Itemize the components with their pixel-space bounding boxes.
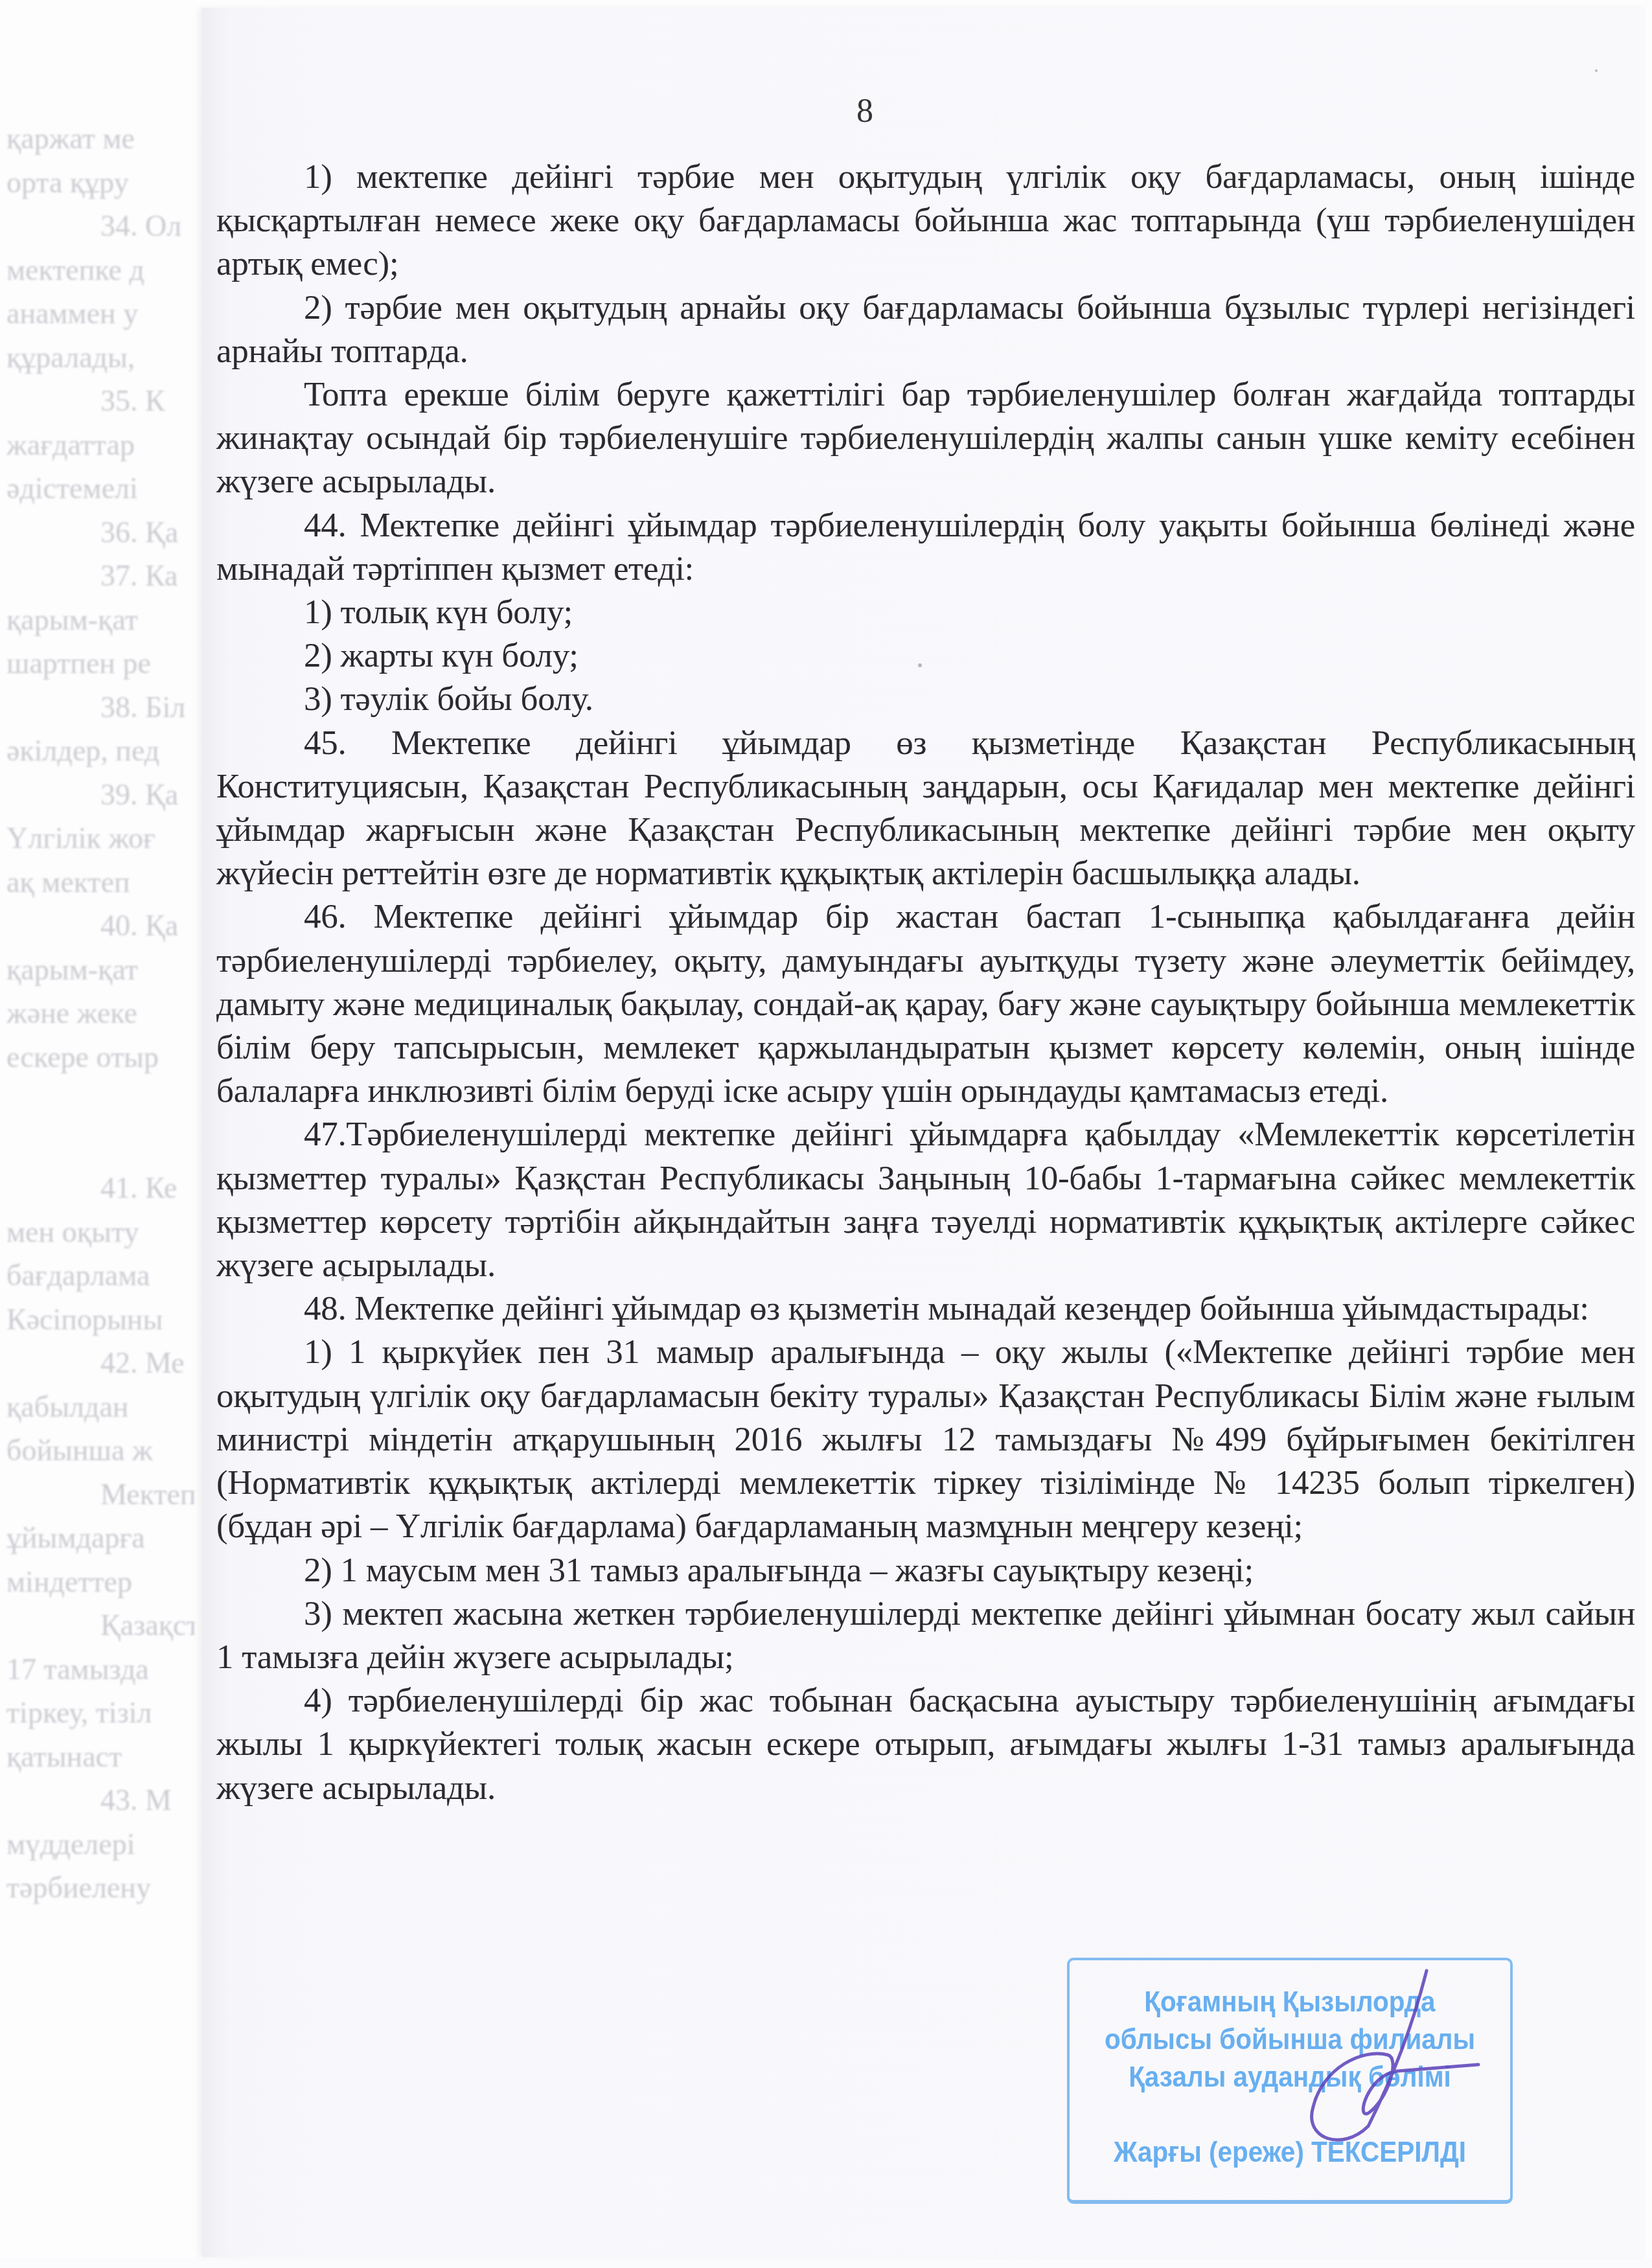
bleed-line: қатынаст <box>6 1735 194 1779</box>
paragraph: 48. Мектепке дейінгі ұйымдар өз қызметін… <box>216 1287 1635 1331</box>
paragraph: 46. Мектепке дейінгі ұйымдар бір жастан … <box>216 895 1635 1113</box>
paragraph: Топта ерекше білім беруге қажеттілігі ба… <box>216 373 1635 504</box>
bleed-line: 35. К <box>6 379 194 423</box>
bleed-line: Үлгілік жоғ <box>6 816 194 860</box>
bleed-line: 39. Қа <box>6 773 194 817</box>
bleed-line: 38. Біл <box>6 685 194 729</box>
bleed-line: міндеттер <box>6 1560 194 1604</box>
signature-icon <box>1174 1945 1498 2159</box>
bleed-line: әдістемелі <box>6 466 194 510</box>
bleed-line <box>6 1123 194 1167</box>
bleed-line: қабылдан <box>6 1385 194 1429</box>
adjacent-page-bleed-through: қаржат ме орта құру 34. Ол мектепке д ан… <box>6 117 194 2125</box>
paragraph: 1) мектепке дейінгі тәрбие мен оқытудың … <box>216 155 1635 286</box>
paragraph: 45. Мектепке дейінгі ұйымдар өз қызметін… <box>216 722 1635 896</box>
bleed-line: мүдделері <box>6 1822 194 1866</box>
bleed-line: 41. Ке <box>6 1166 194 1210</box>
document-body: 1) мектепке дейінгі тәрбие мен оқытудың … <box>216 155 1635 1810</box>
bleed-line: тіркеу, тізіл <box>6 1691 194 1735</box>
bleed-line: 42. Ме <box>6 1341 194 1385</box>
bleed-line: жағдаттар <box>6 423 194 467</box>
bleed-line: тәрбиелену <box>6 1866 194 1910</box>
bleed-line: 36. Қа <box>6 510 194 555</box>
paragraph: 1) 1 қыркүйек пен 31 мамыр аралығында – … <box>216 1331 1635 1548</box>
bleed-line: бойынша ж <box>6 1428 194 1472</box>
bleed-line: анаммен у <box>6 292 194 336</box>
bleed-line: 34. Ол <box>6 204 194 248</box>
paragraph: 44. Мектепке дейінгі ұйымдар тәрбиеленуш… <box>216 504 1635 591</box>
page-number: 8 <box>856 92 873 130</box>
scan-speck <box>918 663 922 667</box>
bleed-line: қарым-қат <box>6 598 194 642</box>
bleed-line: мен оқыту <box>6 1210 194 1254</box>
paragraph: 2) жарты күн болу; <box>216 634 1635 678</box>
bleed-line: Кәсіпорыны <box>6 1298 194 1342</box>
bleed-line: мектепке д <box>6 248 194 292</box>
bleed-line: қаржат ме <box>6 117 194 161</box>
bleed-line: 43. М <box>6 1778 194 1822</box>
bleed-line: Мектеп <box>6 1472 194 1517</box>
bleed-line: 37. Ка <box>6 554 194 598</box>
paragraph: 1) толық күн болу; <box>216 591 1635 634</box>
scan-speck <box>1595 69 1598 72</box>
paragraph: 4) тәрбиеленушілерді бір жас тобынан бас… <box>216 1679 1635 1810</box>
bleed-line: 17 тамызда <box>6 1647 194 1691</box>
bleed-line: 40. Қа <box>6 904 194 948</box>
bleed-line: қарым-қат <box>6 948 194 992</box>
bleed-line: құралады, <box>6 336 194 380</box>
paragraph: 2) 1 маусым мен 31 тамыз аралығында – жа… <box>216 1549 1635 1592</box>
bleed-line: ескере отыр <box>6 1035 194 1079</box>
paragraph: 47.Тәрбиеленушілерді мектепке дейінгі ұй… <box>216 1113 1635 1287</box>
paragraph: 3) тәулік бойы болу. <box>216 678 1635 721</box>
scan-speck <box>341 1276 344 1281</box>
bleed-line: Қазақстан <box>6 1603 194 1647</box>
document-page: 8 1) мектепке дейінгі тәрбие мен оқытуды… <box>202 8 1646 2257</box>
bleed-line: әкілдер, пед <box>6 729 194 773</box>
bleed-line: орта құру <box>6 161 194 205</box>
paragraph: 3) мектеп жасына жеткен тәрбиеленушілерд… <box>216 1592 1635 1679</box>
bleed-line: және жеке <box>6 991 194 1035</box>
bleed-line: ақ мектеп <box>6 860 194 904</box>
paragraph: 2) тәрбие мен оқытудың арнайы оқу бағдар… <box>216 286 1635 373</box>
bleed-line: шартпен ре <box>6 641 194 685</box>
bleed-line <box>6 1079 194 1123</box>
bleed-line: бағдарлама <box>6 1254 194 1298</box>
bleed-line: ұйымдарға <box>6 1516 194 1560</box>
